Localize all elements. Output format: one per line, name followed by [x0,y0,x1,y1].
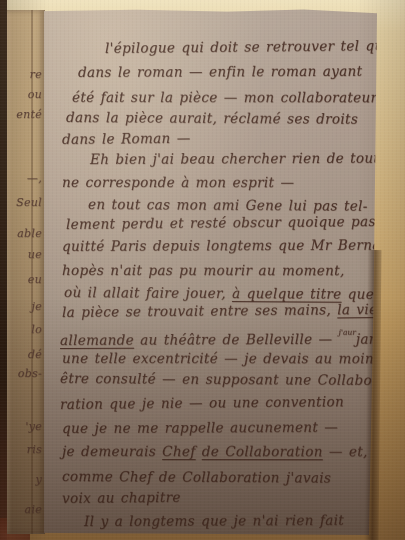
underlined-text: Chef [162,444,195,460]
cutoff-line-fragment: je [31,300,42,313]
handwritten-line: dans la pièce aurait, réclamé ses droits [66,110,358,128]
handwritten-line: dans le roman — enfin le roman ayant [78,64,362,81]
handwritten-line: ne corresponde à mon esprit — [62,175,294,191]
handwritten-line: je demeurais Chef de Collaboration — et, [62,444,368,460]
cutoff-line-fragment: ue [28,248,42,261]
handwritten-line: que je ne me rappelle aucunement — [62,420,338,437]
cutoff-line-fragment: Seul [16,196,42,209]
handwritten-text: être consulté — en supposant une Collabo… [60,371,377,389]
handwritten-text: au théâtre de Belleville — [134,332,339,349]
handwritten-line: dans le Roman — [62,131,191,148]
handwritten-text: en tout cas mon ami Gene lui pas tel- [88,197,368,215]
handwritten-text: une telle excentricité — je devais au mo… [62,351,381,367]
cutoff-line-fragment: aie [25,503,43,516]
handwritten-text: dans le Roman — [62,131,191,148]
underlined-text: allemande [60,333,134,349]
handwritten-text: Il y a longtems que je n'ai rien fait [84,513,344,530]
cutoff-line-fragment: ris [27,443,42,456]
handwritten-text: que je ne me rappelle aucunement — [62,420,338,437]
manuscript-page: l'épilogue qui doit se retrouver tel que… [44,9,377,535]
underlined-text: à quelque titre [232,286,342,303]
cutoff-line-fragment: ou [28,88,42,101]
handwritten-text: quitté Paris depuis longtems que Mr Bern… [62,238,386,255]
cutoff-line-fragment: re [30,68,42,81]
handwritten-text: — et, [323,444,368,460]
handwritten-line: la pièce se trouvait entre ses mains, la… [62,302,400,321]
handwritten-text: dans le roman — enfin le roman ayant [78,64,362,81]
cutoff-line-fragment: —, [27,172,42,185]
handwritten-text: ne corresponde à mon esprit — [62,175,294,191]
handwritten-text: été fait sur la pièce — mon collaborateu… [72,90,377,106]
second-sheet-edge: reouenté—,Seulableueeujelodéobs-'yerisya… [7,10,45,534]
cutoff-line-fragment: eu [28,273,42,286]
handwritten-line: été fait sur la pièce — mon collaborateu… [72,90,377,106]
handwritten-text: où il allait faire jouer, [64,285,232,302]
handwritten-line: Il y a longtems que je n'ai rien fait [84,513,344,530]
handwritten-line: l'épilogue qui doit se retrouver tel que… [105,38,397,57]
handwritten-line: où il allait faire jouer, à quelque titr… [64,285,374,303]
cutoff-line-fragment: obs- [18,367,42,380]
cutoff-line-fragment: lo [31,323,42,336]
cutoff-line-fragment: 'ye [25,420,42,433]
underlined-text: de Collaboration [202,444,323,460]
handwritten-text: l'épilogue qui doit se retrouver tel que… [105,38,397,57]
handwritten-text: ration que je nie — ou une convention [60,394,344,413]
cutoff-line-fragment: dé [28,348,42,361]
handwritten-line: hopès n'ait pas pu mourir au moment, [62,263,345,279]
handwritten-text: hopès n'ait pas pu mourir au moment, [62,263,345,279]
inserted-superscript-text: j'aur [339,328,356,337]
handwritten-text: voix au chapitre [62,490,181,507]
handwritten-line: allemande au théâtre de Belleville — j'a… [60,328,402,349]
handwritten-line: ration que je nie — ou une convention [60,394,344,413]
handwritten-line: comme Chef de Collaboration j'avais [62,469,331,487]
handwritten-line: être consulté — en supposant une Collabo… [60,371,377,389]
handwritten-text: je demeurais [62,444,162,460]
handwritten-text: lement perdu et resté obscur quoique pas [66,214,376,233]
handwritten-line: voix au chapitre [62,490,181,507]
handwritten-line: lement perdu et resté obscur quoique pas [66,214,376,233]
handwritten-line: en tout cas mon ami Gene lui pas tel- [88,197,368,215]
handwritten-text: Eh bien j'ai beau chercher rien de tout … [90,151,405,168]
handwritten-line: une telle excentricité — je devais au mo… [62,351,381,367]
handwritten-text: comme Chef de Collaboration j'avais [62,469,331,487]
cutoff-line-fragment: able [17,227,42,240]
photo-of-manuscript: reouenté—,Seulableueeujelodéobs-'yerisya… [0,0,405,540]
page-right-edge-shadow [364,250,381,540]
handwritten-line: Eh bien j'ai beau chercher rien de tout … [90,151,405,168]
photo-left-dark-edge [0,0,7,540]
cutoff-line-fragment: y [35,473,42,486]
handwritten-line: quitté Paris depuis longtems que Mr Bern… [62,238,386,255]
cutoff-line-fragment: enté [16,108,42,121]
handwritten-text: dans la pièce aurait, réclamé ses droits [66,110,358,128]
handwritten-text: la pièce se trouvait entre ses mains, [62,302,337,321]
